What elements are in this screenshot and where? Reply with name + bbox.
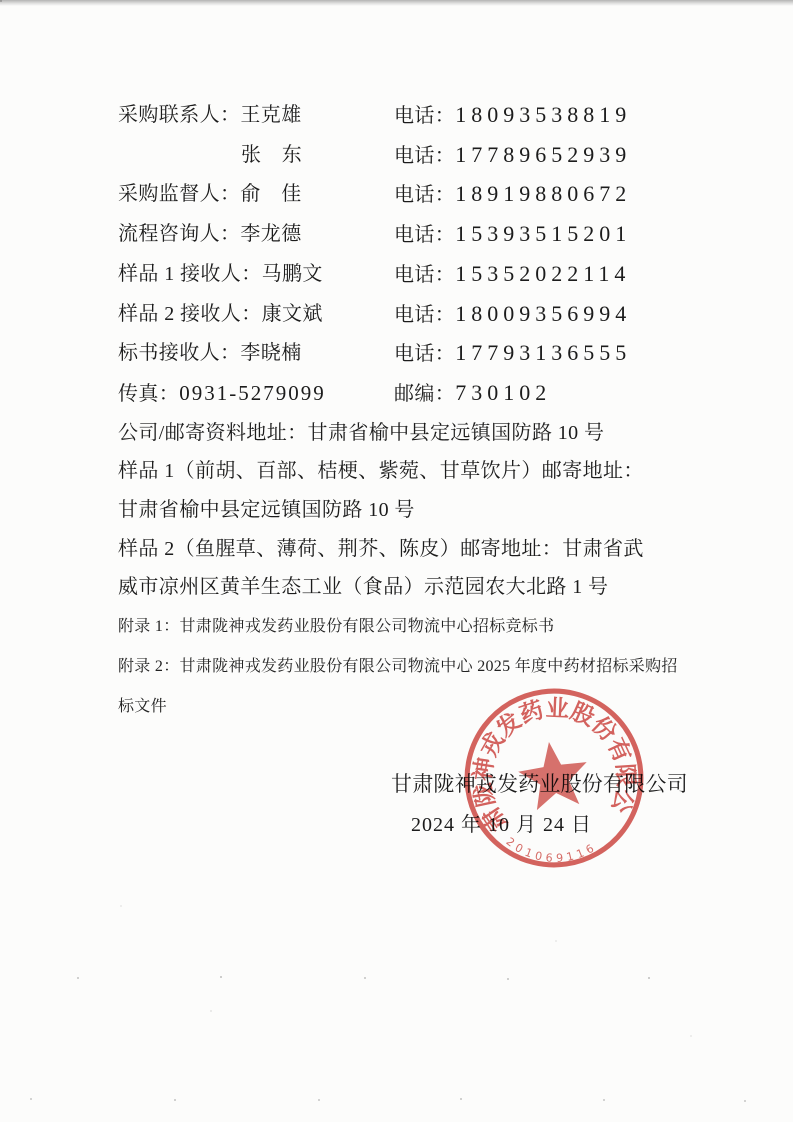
contact-right: 电话：18919880672 — [394, 175, 733, 215]
contact-row: 流程咨询人：李龙德 电话：15393515201 — [118, 215, 733, 255]
contact-person-name: 康文斌 — [262, 303, 323, 325]
phone-number: 18093538819 — [455, 102, 631, 127]
contact-person-name: 李龙德 — [240, 223, 301, 245]
contact-left: 采购监督人：俞 佳 — [118, 175, 394, 215]
contact-person-name: 俞 佳 — [240, 183, 301, 205]
contact-right: 电话：18093538819 — [394, 96, 733, 136]
appendix-2-line-continued: 标文件 — [118, 687, 733, 727]
fax-label: 传真： — [118, 383, 179, 405]
scanned-document-page: 采购联系人：王克雄 电话：18093538819 张 东 电话：17789652… — [0, 0, 793, 1122]
sample1-mailing-address-line: 样品 1（前胡、百部、桔梗、紫菀、甘草饮片）邮寄地址： — [118, 452, 733, 491]
phone-number: 17789652939 — [455, 142, 631, 167]
phone-number: 18009356994 — [455, 301, 631, 326]
signature-company-name: 甘肃陇神戎发药业股份有限公司 — [391, 768, 688, 798]
phone-label: 电话： — [394, 343, 455, 365]
fax-number: 0931-5279099 — [179, 381, 326, 405]
postcode-label: 邮编： — [394, 383, 455, 405]
appendix-1-line: 附录 1：甘肃陇神戎发药业股份有限公司物流中心招标竞标书 — [118, 607, 733, 647]
phone-label: 电话： — [394, 105, 455, 127]
phone-label: 电话： — [394, 145, 455, 167]
sample2-mailing-address-line: 样品 2（鱼腥草、薄荷、荆芥、陈皮）邮寄地址：甘肃省武 — [118, 530, 733, 569]
contact-left: 标书接收人：李晓楠 — [118, 334, 394, 374]
contact-right: 电话：18009356994 — [394, 295, 733, 335]
contact-role-label: 样品 1 接收人： — [118, 263, 262, 285]
phone-label: 电话： — [394, 304, 455, 326]
phone-label: 电话： — [394, 264, 455, 286]
postcode-value: 730102 — [455, 380, 551, 405]
contact-person-name: 王克雄 — [240, 104, 301, 126]
contact-right: 电话：17793136555 — [394, 334, 733, 374]
contact-row: 标书接收人：李晓楠 电话：17793136555 — [118, 334, 733, 374]
contact-left: 传真：0931-5279099 — [118, 374, 394, 414]
contact-left: 采购联系人：王克雄 — [118, 96, 394, 136]
sample1-mailing-address-line-2: 甘肃省榆中县定远镇国防路 10 号 — [118, 491, 733, 530]
contact-right: 电话：15393515201 — [394, 215, 733, 255]
contact-left: 流程咨询人：李龙德 — [118, 215, 394, 255]
appendix-2-line: 附录 2：甘肃陇神戎发药业股份有限公司物流中心 2025 年度中药材招标采购招 — [118, 647, 733, 687]
contact-role-label: 样品 2 接收人： — [118, 303, 262, 325]
contact-row: 采购监督人：俞 佳 电话：18919880672 — [118, 175, 733, 215]
contact-person-name: 张 东 — [241, 144, 302, 166]
signature-date: 2024 年 10 月 24 日 — [411, 808, 592, 837]
contact-role-label: 标书接收人： — [118, 342, 240, 364]
contact-person-name: 马鹏文 — [262, 263, 323, 285]
sample2-mailing-address-line-2: 威市凉州区黄羊生态工业（食品）示范园农大北路 1 号 — [118, 568, 733, 607]
contact-row: 样品 2 接收人：康文斌 电话：18009356994 — [118, 295, 733, 335]
contact-left: 样品 2 接收人：康文斌 — [118, 295, 394, 335]
contact-right: 邮编：730102 — [394, 374, 733, 414]
company-mailing-address-line: 公司/邮寄资料地址：甘肃省榆中县定远镇国防路 10 号 — [118, 414, 733, 453]
contact-role-label: 采购联系人： — [118, 104, 240, 126]
contact-row: 张 东 电话：17789652939 — [118, 136, 733, 176]
phone-label: 电话： — [394, 184, 455, 206]
phone-number: 15393515201 — [455, 221, 631, 246]
contact-right: 电话：15352022114 — [394, 255, 733, 295]
phone-label: 电话： — [394, 224, 455, 246]
contact-row: 样品 1 接收人：马鹏文 电话：15352022114 — [118, 255, 733, 295]
contact-person-name: 李晓楠 — [240, 342, 301, 364]
fax-postcode-row: 传真：0931-5279099 邮编：730102 — [118, 374, 733, 414]
contact-left: 张 东 — [118, 136, 394, 176]
phone-number: 18919880672 — [455, 181, 631, 206]
contact-left: 样品 1 接收人：马鹏文 — [118, 255, 394, 295]
contact-right: 电话：17789652939 — [394, 136, 733, 176]
phone-number: 17793136555 — [455, 340, 631, 365]
document-body: 采购联系人：王克雄 电话：18093538819 张 东 电话：17789652… — [0, 0, 793, 727]
contact-row: 采购联系人：王克雄 电话：18093538819 — [118, 96, 733, 136]
contact-role-label: 流程咨询人： — [118, 223, 240, 245]
phone-number: 15352022114 — [455, 261, 630, 286]
contact-role-label: 采购监督人： — [118, 183, 240, 205]
